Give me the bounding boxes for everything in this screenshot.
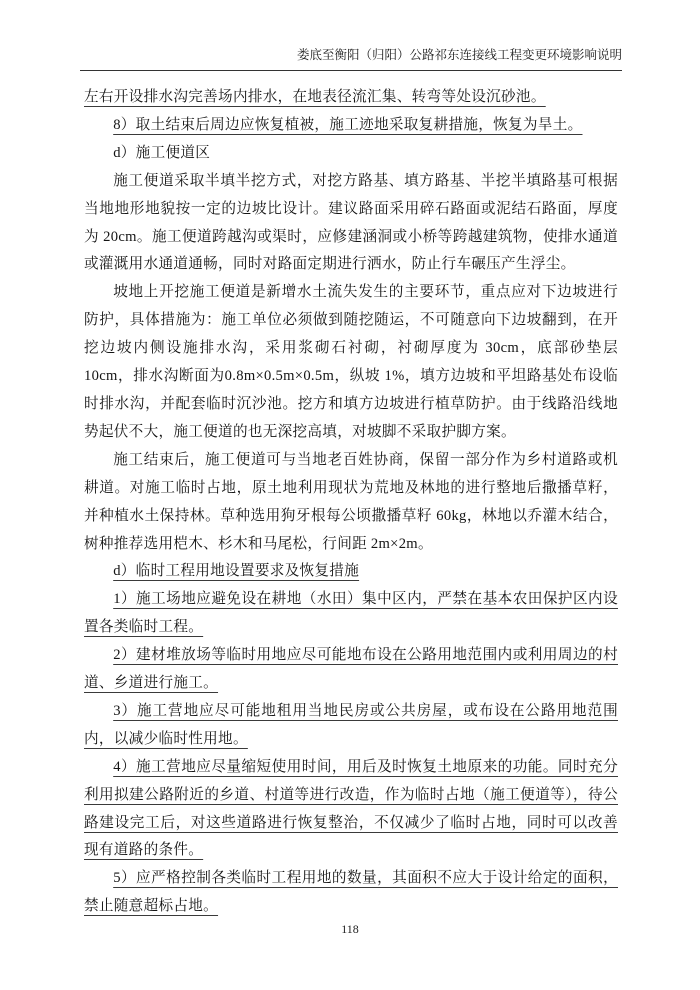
paragraph: 施工结束后，施工便道可与当地老百姓协商，保留一部分作为乡村道路或机耕道。对施工临… — [84, 447, 618, 559]
paragraph: 坡地上开挖施工便道是新增水土流失发生的主要环节，重点应对下边坡进行防护，具体措施… — [84, 279, 618, 446]
page-number: 118 — [0, 922, 700, 937]
paragraph: d）临时工程用地设置要求及恢复措施 — [84, 558, 618, 586]
paragraph: 施工便道采取半填半挖方式，对挖方路基、填方路基、半挖半填路基可根据当地地形地貌按… — [84, 168, 618, 280]
paragraph: 5）应严格控制各类临时工程用地的数量，其面积不应大于设计给定的面积，禁止随意超标… — [84, 865, 618, 921]
paragraph: 4）施工营地应尽量缩短使用时间，用后及时恢复土地原来的功能。同时充分利用拟建公路… — [84, 754, 618, 866]
paragraph: 8）取土结束后周边应恢复植被，施工迹地采取复耕措施，恢复为旱土。 — [84, 112, 618, 140]
page-header-title: 娄底至衡阳（归阳）公路祁东连接线工程变更环境影响说明 — [80, 46, 622, 71]
paragraph: d）施工便道区 — [84, 140, 618, 168]
paragraph: 1）施工场地应避免设在耕地（水田）集中区内，严禁在基本农田保护区内设置各类临时工… — [84, 586, 618, 642]
paragraph: 左右开设排水沟完善场内排水，在地表径流汇集、转弯等处设沉砂池。 — [84, 84, 618, 112]
paragraph: 2）建材堆放场等临时用地应尽可能地布设在公路用地范围内或利用周边的村道、乡道进行… — [84, 642, 618, 698]
paragraph: 3）施工营地应尽可能地租用当地民房或公共房屋，或布设在公路用地范围内，以减少临时… — [84, 698, 618, 754]
document-page: 娄底至衡阳（归阳）公路祁东连接线工程变更环境影响说明 左右开设排水沟完善场内排水… — [0, 0, 700, 990]
document-body: 左右开设排水沟完善场内排水，在地表径流汇集、转弯等处设沉砂池。8）取土结束后周边… — [84, 84, 618, 921]
